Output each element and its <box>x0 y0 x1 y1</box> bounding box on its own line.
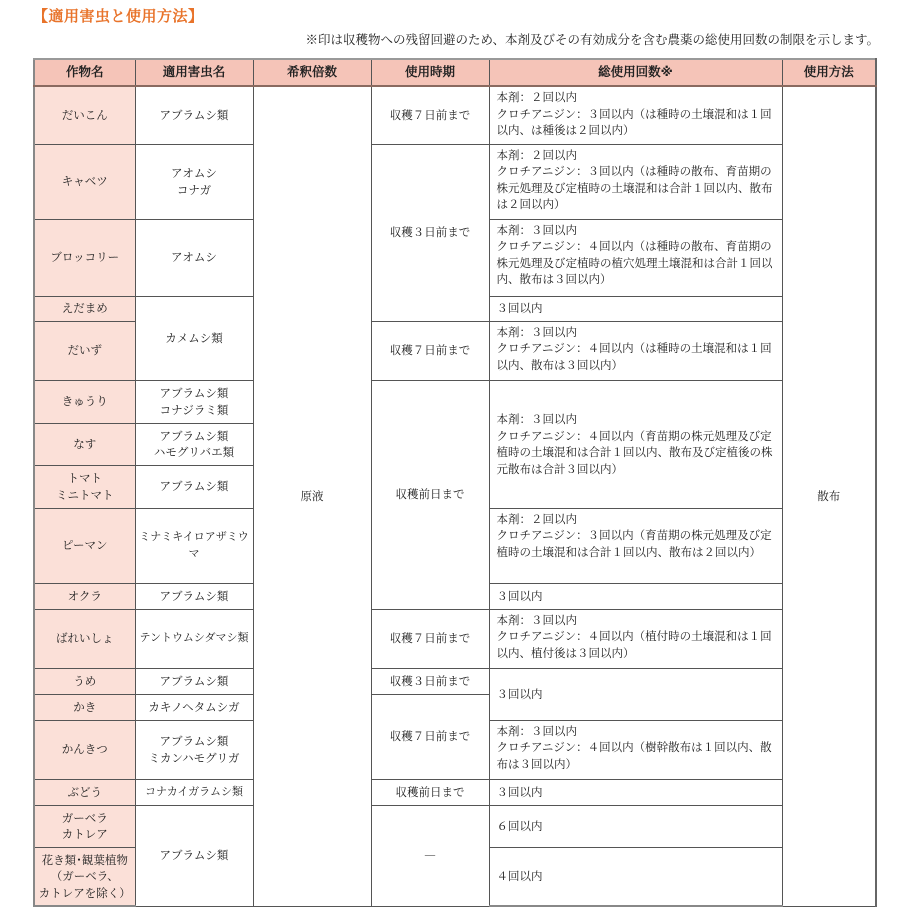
header-crop: 作物名 <box>34 59 135 86</box>
pest-cell: カメムシ類 <box>135 296 253 380</box>
table-row: だいこん アブラムシ類 原液 収穫７日前まで 本剤：２回以内 クロチアニジン：３… <box>34 86 876 144</box>
crop-cell: だいこん <box>34 86 135 144</box>
header-method: 使用方法 <box>782 59 876 86</box>
total-uses-cell: 本剤：３回以内 クロチアニジン：４回以内（は種時の土壌混和は１回以内、散布は３回… <box>489 321 782 380</box>
crop-cell: なす <box>34 423 135 465</box>
table-row: キャベツ アオムシ コナガ 収穫３日前まで 本剤：２回以内 クロチアニジン：３回… <box>34 144 876 219</box>
crop-cell: だいず <box>34 321 135 380</box>
total-uses-cell: 本剤：２回以内 クロチアニジン：３回以内（は種時の土壌混和は１回以内、は種後は２… <box>489 86 782 144</box>
total-uses-cell: ３回以内 <box>489 779 782 805</box>
header-timing: 使用時期 <box>371 59 489 86</box>
pest-cell: アブラムシ類 ミカンハモグリガ <box>135 720 253 779</box>
total-uses-cell: 本剤：２回以内 クロチアニジン：３回以内（は種時の散布、育苗期の株元処理及び定植… <box>489 144 782 219</box>
section-title: 【適用害虫と使用方法】 <box>33 5 204 26</box>
total-uses-cell: ３回以内 <box>489 583 782 609</box>
dilution-cell: 原液 <box>253 86 371 906</box>
pest-cell: アオムシ コナガ <box>135 144 253 219</box>
header-total-uses: 総使用回数※ <box>489 59 782 86</box>
total-uses-cell: ４回以内 <box>489 847 782 906</box>
crop-cell: オクラ <box>34 583 135 609</box>
total-uses-cell: 本剤：３回以内 クロチアニジン：４回以内（樹幹散布は１回以内、散布は３回以内） <box>489 720 782 779</box>
crop-cell: かき <box>34 694 135 720</box>
total-uses-cell: ３回以内 <box>489 296 782 321</box>
pest-cell: アブラムシ類 <box>135 465 253 508</box>
crop-cell: きゅうり <box>34 380 135 423</box>
usage-note: ※印は収穫物への残留回避のため、本剤及びその有効成分を含む農薬の総使用回数の制限… <box>305 30 879 48</box>
crop-cell: ピーマン <box>34 508 135 583</box>
pest-cell: アブラムシ類 <box>135 668 253 694</box>
crop-cell: えだまめ <box>34 296 135 321</box>
table-row: ぶどう コナカイガラムシ類 収穫前日まで ３回以内 <box>34 779 876 805</box>
crop-cell: ぶどう <box>34 779 135 805</box>
pest-cell: アブラムシ類 <box>135 805 253 906</box>
pest-cell: アブラムシ類 <box>135 583 253 609</box>
total-uses-cell: ３回以内 <box>489 668 782 720</box>
table-row: きゅうり アブラムシ類 コナジラミ類 収穫前日まで 本剤：３回以内 クロチアニジ… <box>34 380 876 423</box>
pest-cell: カキノヘタムシガ <box>135 694 253 720</box>
crop-cell: ガーベラ カトレア <box>34 805 135 847</box>
total-uses-cell: 本剤：３回以内 クロチアニジン：４回以内（育苗期の株元処理及び定植時の土壌混和は… <box>489 380 782 508</box>
timing-cell: — <box>371 805 489 906</box>
table-row: ばれいしょ テントウムシダマシ類 収穫７日前まで 本剤：３回以内 クロチアニジン… <box>34 609 876 668</box>
timing-cell: 収穫７日前まで <box>371 694 489 779</box>
timing-cell: 収穫７日前まで <box>371 86 489 144</box>
timing-cell: 収穫７日前まで <box>371 321 489 380</box>
crop-cell: トマト ミニトマト <box>34 465 135 508</box>
pest-cell: アブラムシ類 コナジラミ類 <box>135 380 253 423</box>
crop-cell: うめ <box>34 668 135 694</box>
pest-cell: コナカイガラムシ類 <box>135 779 253 805</box>
pest-cell: アブラムシ類 ハモグリバエ類 <box>135 423 253 465</box>
crop-cell: 花き類･観葉植物 （ガーベラ、 カトレアを除く） <box>34 847 135 906</box>
timing-cell: 収穫３日前まで <box>371 144 489 321</box>
crop-cell: キャベツ <box>34 144 135 219</box>
header-dilution: 希釈倍数 <box>253 59 371 86</box>
timing-cell: 収穫３日前まで <box>371 668 489 694</box>
header-row: 作物名 適用害虫名 希釈倍数 使用時期 総使用回数※ 使用方法 <box>34 59 876 86</box>
timing-cell: 収穫７日前まで <box>371 609 489 668</box>
method-cell: 散布 <box>782 86 876 906</box>
total-uses-cell: ６回以内 <box>489 805 782 847</box>
total-uses-cell: 本剤：３回以内 クロチアニジン：４回以内（は種時の散布、育苗期の株元処理及び定植… <box>489 219 782 296</box>
pest-cell: ミナミキイロアザミウマ <box>135 508 253 583</box>
crop-cell: かんきつ <box>34 720 135 779</box>
timing-cell: 収穫前日まで <box>371 380 489 609</box>
pest-cell: アオムシ <box>135 219 253 296</box>
pest-cell: テントウムシダマシ類 <box>135 609 253 668</box>
total-uses-cell: 本剤：２回以内 クロチアニジン：３回以内（育苗期の株元処理及び定植時の土壌混和は… <box>489 508 782 583</box>
total-uses-cell: 本剤：３回以内 クロチアニジン：４回以内（植付時の土壌混和は１回以内、植付後は３… <box>489 609 782 668</box>
pest-cell: アブラムシ類 <box>135 86 253 144</box>
header-pest: 適用害虫名 <box>135 59 253 86</box>
timing-cell: 収穫前日まで <box>371 779 489 805</box>
table-row: うめ アブラムシ類 収穫３日前まで ３回以内 <box>34 668 876 694</box>
crop-cell: ブロッコリー <box>34 219 135 296</box>
crop-cell: ばれいしょ <box>34 609 135 668</box>
table-row: ガーベラ カトレア アブラムシ類 — ６回以内 <box>34 805 876 847</box>
pest-usage-table: 作物名 適用害虫名 希釈倍数 使用時期 総使用回数※ 使用方法 だいこん アブラ… <box>33 58 877 907</box>
